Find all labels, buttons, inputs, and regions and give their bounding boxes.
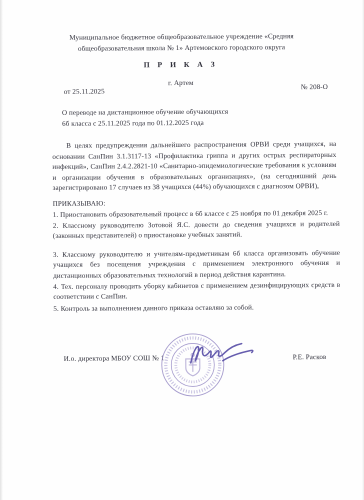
order-item-2: 2. Классному руководителю Зотовой Я.С. д… (53, 218, 340, 241)
order-item-4: 4. Тех. персоналу проводить уборку кабин… (53, 279, 340, 302)
resolve-word: ПРИКАЗЫВАЮ: (53, 199, 106, 210)
order-items-list: 1. Приостановить образовательный процесс… (53, 208, 341, 314)
handwritten-signature-icon (185, 334, 257, 373)
subject-line2: 6б класса с 25.11.2025 года по 01.12.202… (62, 117, 292, 130)
organization-name-line2: общеобразовательная школа № 1» Артемовск… (37, 41, 327, 54)
order-item-3: 3. Классному руководителю и учителям-пре… (53, 248, 340, 282)
document-number: № 208-О (301, 82, 328, 93)
signature-stroke (191, 344, 253, 363)
date-line: от 25.11.2025 (64, 87, 105, 98)
signatory-position: И.о. директора МБОУ СОШ № 1 (64, 353, 165, 364)
document-content: Муниципальное бюджетное общеобразователь… (0, 0, 364, 500)
scanned-order-document: Муниципальное бюджетное общеобразователь… (0, 0, 364, 500)
order-item-5: 5. Контроль за выполнением данного прика… (53, 302, 340, 315)
signatory-name: Р.Е. Расков (293, 352, 327, 363)
document-title: П Р И К А З (0, 59, 363, 72)
preamble-paragraph: В целях предупреждения дальнейшего распр… (52, 139, 336, 194)
subject-block: О переводе на дистанционное обучение обу… (62, 106, 292, 130)
organization-name: Муниципальное бюджетное общеобразователь… (36, 31, 326, 54)
